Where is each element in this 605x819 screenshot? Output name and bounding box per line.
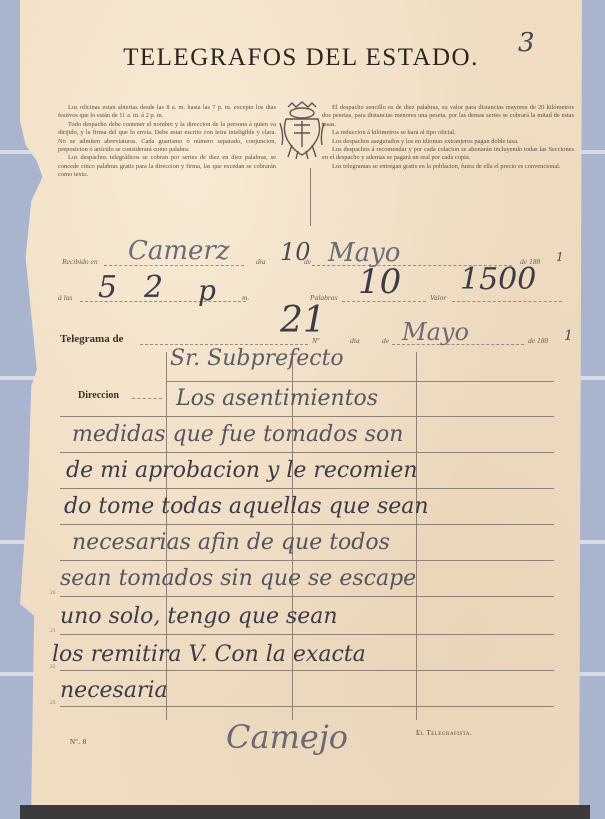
address-line: Sr. Subprefecto (170, 346, 344, 371)
minutos-value: 2 (144, 270, 163, 305)
column-divider (310, 168, 311, 226)
message-line: los remitira V. Con la exacta (52, 642, 366, 667)
signature: Camejo (226, 718, 348, 756)
valor-value: 1500 (460, 262, 536, 297)
de-label: de (304, 257, 311, 266)
year-value: 1 (556, 250, 564, 264)
message-rule (60, 524, 554, 525)
rule-paragraph: La reduccion á kilómetros se hará al tip… (322, 129, 574, 137)
telegrama-line (140, 344, 308, 345)
ampm-suffix: m. (242, 293, 249, 302)
direccion-line (132, 398, 162, 399)
valor-label: Valor (430, 293, 446, 302)
rule-paragraph: Los despachos telegráficos se cobran por… (58, 154, 276, 179)
message-line: necesarias afin de que todos (72, 530, 390, 555)
direccion-label: Direccion (78, 390, 119, 401)
message-line: de mi aprobacion y le recomien (66, 458, 418, 483)
telegrama-label: Telegrama de (60, 333, 123, 345)
message-rule (60, 596, 554, 597)
page-number: 3 (518, 28, 535, 58)
message-line: Los asentimientos (176, 386, 378, 411)
rule-paragraph: Los oficinas estan abiertas desde las 8 … (58, 104, 276, 121)
grid-vline (416, 352, 417, 720)
message-rule (60, 706, 554, 707)
message-rule (60, 452, 554, 453)
line-number: 23 (50, 700, 56, 706)
message-rule (60, 560, 554, 561)
bottom-shadow (20, 805, 590, 819)
recibido-label: Recibido en (62, 257, 98, 266)
message-line: necesaria (60, 678, 168, 703)
line-number: 20 (50, 590, 56, 596)
a-las-label: á las (58, 293, 72, 302)
hora-value: 5 (98, 270, 117, 305)
message-rule (60, 488, 554, 489)
ampm-value: p (198, 274, 216, 307)
rule-paragraph: Los despachos asegurados y los en idioma… (322, 138, 574, 146)
de2-label: de (382, 336, 389, 345)
address-rule (166, 381, 554, 382)
dia2-label: dia (350, 336, 360, 345)
palabras-value: 10 (358, 262, 401, 302)
rules-right-column: El despacho sencillo es de diez palabras… (322, 104, 574, 171)
message-line: do tome todas aquellas que sean (64, 494, 429, 519)
rule-paragraph: Todo despacho debe contener el nombre y … (58, 121, 276, 155)
document-title: TELEGRAFOS DEL ESTADO. (20, 44, 582, 72)
message-line: sean tomados sin que se escape (60, 566, 416, 591)
valor-line (452, 301, 562, 302)
message-rule (60, 416, 554, 417)
rule-paragraph: Los despachos á recomendar y por cada co… (322, 146, 574, 163)
mes2-value: Mayo (402, 318, 469, 346)
line-number: 21 (50, 628, 56, 634)
message-line: uno solo, tengo que sean (60, 604, 338, 629)
rules-left-column: Los oficinas estan abiertas desde las 8 … (58, 104, 276, 180)
message-rule (60, 670, 554, 671)
dia-label: dia (256, 257, 266, 266)
year2-value: 1 (564, 328, 573, 344)
numero-value: 21 (280, 300, 326, 341)
year2-label: de 188 (528, 336, 548, 345)
message-line: medidas que fue tomados son (72, 422, 403, 447)
telegrafista-label: El Telegrafista. (416, 729, 472, 737)
form-number: Nº. 8 (70, 738, 87, 746)
message-rule (60, 634, 554, 635)
telegram-form: TELEGRAFOS DEL ESTADO. 3 Los oficinas es… (20, 0, 582, 805)
recibido-value: Camerz (128, 236, 230, 266)
coat-of-arms-icon (278, 101, 326, 161)
rule-paragraph: Los telegramas se entregan gratis en la … (322, 163, 574, 171)
rule-paragraph: El despacho sencillo es de diez palabras… (322, 104, 574, 129)
